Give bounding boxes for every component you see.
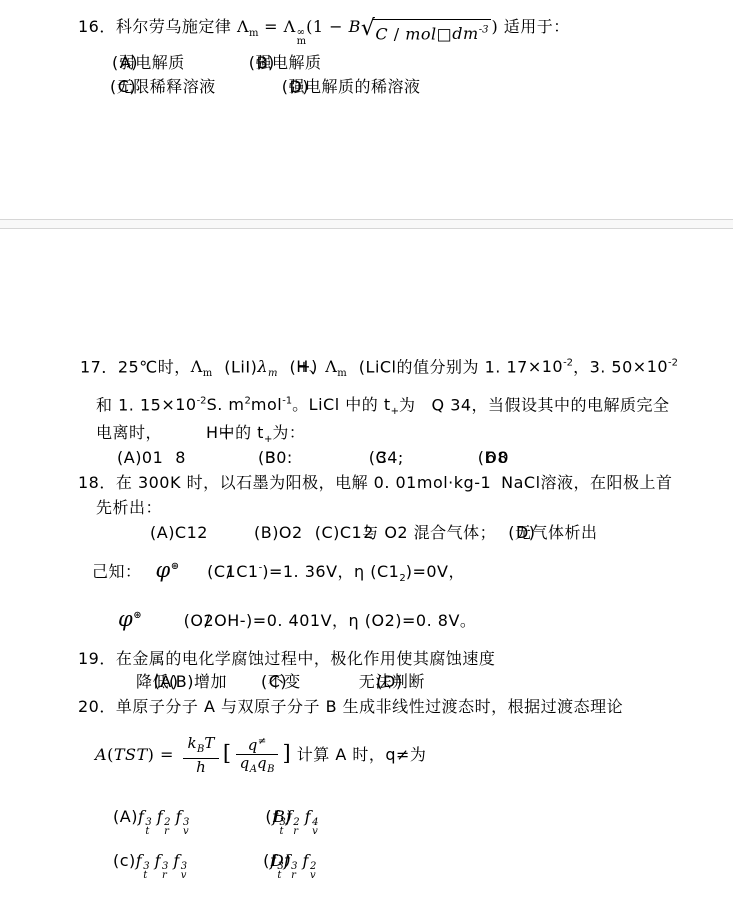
text-run: (A)	[113, 807, 138, 826]
text-run: (	[263, 851, 270, 870]
text-run: 17．25℃时，	[80, 357, 191, 376]
overlapped-glyph: D)	[290, 76, 310, 98]
q20-formula: A(TST) = kBTh[q≠qAqB] 计算 A 时，q≠为	[95, 733, 426, 778]
overlapped-glyph: A)	[120, 52, 138, 74]
text-run: (B)O2	[254, 523, 303, 542]
text-run: 电解质	[135, 53, 185, 72]
radical-expression: √C / mol□dm-3	[361, 19, 492, 45]
given-values-line-2: φ⊛(O2∕OH-)=0. 401V，η (O2)=0. 8V。	[118, 605, 476, 632]
fraction: q≠qAqB	[236, 733, 279, 778]
q17-stem-line-1: 17．25℃时，Λm(LiI)λm(H+)、Λm(LiCl的值分别为 1. 17…	[80, 353, 678, 386]
text-run: 电离时，	[96, 423, 162, 442]
text-run: (	[107, 745, 114, 764]
text-run: C	[375, 24, 388, 43]
overlapped-glyph: +	[220, 422, 234, 444]
text-run: TST	[114, 745, 148, 764]
text-run: ) =	[148, 745, 180, 764]
text-run: f3t	[138, 807, 152, 826]
overlapped-glyph: +)	[297, 356, 318, 378]
text-run: A	[95, 745, 107, 764]
text-run: OH-)=0. 401V，η (O2)=0. 8V。	[214, 611, 476, 630]
text-run: (O	[184, 611, 204, 630]
q19-stem: 19．在金属的电化学腐蚀过程中，极化作用使其腐蚀速度	[78, 648, 495, 670]
text-run: B3	[265, 448, 276, 467]
overlapped-glyph: ∕	[227, 561, 233, 583]
text-run: 电解质的稀溶液	[305, 77, 421, 96]
overlapped-glyph: D)	[516, 522, 536, 544]
text-run: )	[491, 17, 503, 36]
q18-stem-line-1: 18．在 300K 时，以石墨为阳极，电解 0. 01mol·kg-1NaCl溶…	[78, 472, 673, 494]
fraction: kBTh	[183, 735, 218, 776]
text-run: 4;	[387, 448, 404, 467]
text-run: 先析出：	[96, 498, 162, 517]
text-run: =	[259, 17, 284, 36]
text-run: 限稀释溶液	[133, 77, 216, 96]
overlapped-glyph: 0	[498, 447, 509, 469]
text-run: NaCl溶液，在阳极上首	[501, 473, 672, 492]
text-run: ，3. 50	[573, 357, 633, 376]
text-run: f3v	[176, 807, 190, 826]
text-run: (A)C12	[150, 523, 208, 542]
text-run: (	[249, 53, 256, 72]
text-run: 低(A)	[153, 672, 170, 691]
text-run: λm	[257, 357, 277, 376]
text-run: 80	[497, 448, 508, 467]
text-run: 强D)	[289, 77, 306, 96]
denominator: h	[183, 759, 218, 776]
text-run: 不C)	[268, 672, 285, 691]
text-run: (	[282, 77, 289, 96]
text-run: (	[258, 448, 265, 467]
numerator: kBT	[183, 735, 218, 759]
overlapped-glyph: 3	[377, 447, 388, 469]
text-run: 1∕	[226, 562, 237, 581]
text-run: φ⊛	[156, 558, 180, 582]
text-run: 电解质	[272, 53, 322, 72]
text-run: (	[508, 523, 515, 542]
text-run: Λm	[325, 357, 347, 376]
text-run: fD)3t	[270, 851, 284, 870]
text-run: (LiCl的值分别为 1. 17	[359, 357, 528, 376]
text-run: f2v	[303, 851, 317, 870]
overlapped-glyph: (A)	[154, 671, 179, 693]
text-run: 与2	[362, 523, 379, 542]
document-page: 16．科尔劳乌施定律 Λm = Λ∞m(1 − B√C / mol□dm-3) …	[0, 0, 733, 898]
text-run: ×10-2	[161, 395, 206, 414]
q18-options: (A)C12(B)O2(C)C1与2 O2 混合气体；(无D)气体析出	[150, 522, 597, 544]
text-run: T	[204, 734, 215, 752]
text-run: 弱A)	[119, 53, 136, 72]
q17-options: (A)018(B30:(C34;(D680	[117, 447, 508, 469]
text-run: f4v	[305, 807, 319, 826]
text-run: (c)	[113, 851, 136, 870]
text-run: Λ∞m	[284, 17, 307, 36]
text-run: (	[112, 53, 119, 72]
text-run: 18．在 300K 时，以石墨为阳极，电解 0. 01mol·kg-1	[78, 473, 491, 492]
text-run: Q 34，当假设其中的电解质完全	[432, 395, 670, 414]
text-run: f3r	[155, 851, 169, 870]
text-run: mol-1	[251, 395, 292, 414]
text-run: h	[196, 758, 206, 776]
overlapped-glyph: C)	[118, 76, 136, 98]
text-run: S. m2	[207, 395, 251, 414]
text-run: (C	[207, 562, 225, 581]
text-run: 20．单原子分子 A 与双原子分子 B 生成非线性过渡态时，根据过渡态理论	[78, 697, 623, 716]
q18-stem-line-2: 先析出：	[96, 497, 162, 519]
text-run: Λm	[237, 17, 259, 36]
text-run: )=0V，	[406, 562, 465, 581]
text-run: 无D)	[515, 523, 532, 542]
text-run: q≠	[248, 736, 267, 754]
q20-options-row-1: (A)f3tf2rf3v(fB)3tf2rf4v	[113, 806, 318, 836]
text-run: f3v	[173, 851, 187, 870]
q20-stem: 20．单原子分子 A 与双原子分子 B 生成非线性过渡态时，根据过渡态理论	[78, 696, 623, 718]
radicand: C / mol□dm-3	[373, 19, 491, 45]
overlapped-glyph: 2	[363, 522, 374, 544]
overlapped-glyph: 3	[266, 447, 277, 469]
overlapped-glyph: ∕	[204, 610, 210, 632]
numerator: q≠	[236, 733, 279, 755]
q16-options-row-1: (弱A)电解质(强B)电解质	[112, 52, 322, 74]
text-run: (	[369, 448, 376, 467]
text-run: (LiI)	[224, 357, 257, 376]
text-run: ×10-2	[633, 357, 678, 376]
text-run: 和 1. 15	[96, 395, 161, 414]
overlapped-glyph: B)	[273, 806, 292, 828]
text-run: fB)3t	[272, 807, 286, 826]
q16-options-row-2: (无C)限稀释溶液(强D)电解质的稀溶液	[110, 76, 421, 98]
text-run: ×10-2	[528, 357, 573, 376]
overlapped-glyph: C)	[269, 671, 287, 693]
text-run: dm-3	[452, 24, 488, 43]
text-run: 中+	[219, 423, 236, 442]
text-run: /	[388, 24, 405, 43]
text-run: φ⊛	[118, 607, 142, 631]
text-run: (A)01	[117, 448, 163, 467]
text-run: 无	[359, 672, 376, 691]
text-run: 强B)	[256, 53, 273, 72]
overlapped-glyph: B)	[257, 52, 275, 74]
text-run: qB	[257, 754, 274, 772]
text-run: 16．科尔劳乌施定律	[78, 17, 237, 36]
text-run: □	[437, 24, 453, 43]
text-run: D6	[485, 448, 498, 467]
text-run: 降	[136, 672, 153, 691]
overlapped-glyph: 6	[486, 447, 497, 469]
text-run: 2∕	[203, 611, 214, 630]
text-run: 0:	[276, 448, 293, 467]
q19-options: 降低(A)(B)增加(不C)变无法(D)判断	[136, 671, 425, 693]
denominator: qAqB	[236, 755, 279, 778]
text-run: H+)	[296, 357, 309, 376]
overlapped-glyph: (D)	[376, 671, 402, 693]
text-run: mol	[405, 24, 436, 43]
text-run: 气体析出	[531, 523, 597, 542]
text-run: (1 −	[306, 17, 349, 36]
text-run: C3	[376, 448, 388, 467]
text-run: 己知：	[92, 562, 142, 581]
text-run: 法(D)	[375, 672, 392, 691]
given-values-line-1: 己知：φ⊛(C1∕C1-)=1. 36V，η (C12)=0V，	[92, 556, 465, 590]
text-run: 。LiCl 中的 t+	[292, 395, 399, 414]
text-run: Λm	[191, 357, 213, 376]
text-run: (C)C1	[315, 523, 363, 542]
q17-stem-line-2: 和 1. 15×10-2S. m2mol-1。LiCl 中的 t+为Q 34，当…	[96, 391, 670, 424]
text-run: (	[478, 448, 485, 467]
page-break-separator	[0, 219, 733, 229]
text-run: H	[206, 423, 219, 442]
text-run: 8	[175, 448, 186, 467]
text-run: 为：	[272, 423, 305, 442]
text-run: 的 t+	[235, 423, 272, 442]
text-run: C1-	[236, 562, 262, 581]
q20-options-row-2: (c)f3tf3rf3v(fD)3tf3rf2v	[113, 850, 316, 880]
text-run: 无C)	[117, 77, 134, 96]
q16-stem: 16．科尔劳乌施定律 Λm = Λ∞m(1 − B√C / mol□dm-3) …	[78, 16, 570, 46]
text-run: f2r	[157, 807, 171, 826]
text-run: (	[261, 672, 268, 691]
text-run: 计算 A 时，q≠为	[291, 745, 426, 764]
text-run: (	[110, 77, 117, 96]
text-run: f3t	[136, 851, 150, 870]
text-run: kB	[187, 734, 204, 752]
text-run: 为	[399, 395, 416, 414]
text-run: [	[223, 741, 232, 765]
text-run: B	[349, 17, 361, 36]
text-run: ]	[282, 741, 291, 765]
text-run: )=1. 36V，η (C12	[262, 562, 406, 581]
text-run: 适用于：	[504, 17, 570, 36]
text-run: 19．在金属的电化学腐蚀过程中，极化作用使其腐蚀速度	[78, 649, 495, 668]
text-run: O2 混合气体；	[379, 523, 496, 542]
text-run: qA	[240, 754, 257, 772]
overlapped-glyph: D)	[271, 850, 291, 872]
